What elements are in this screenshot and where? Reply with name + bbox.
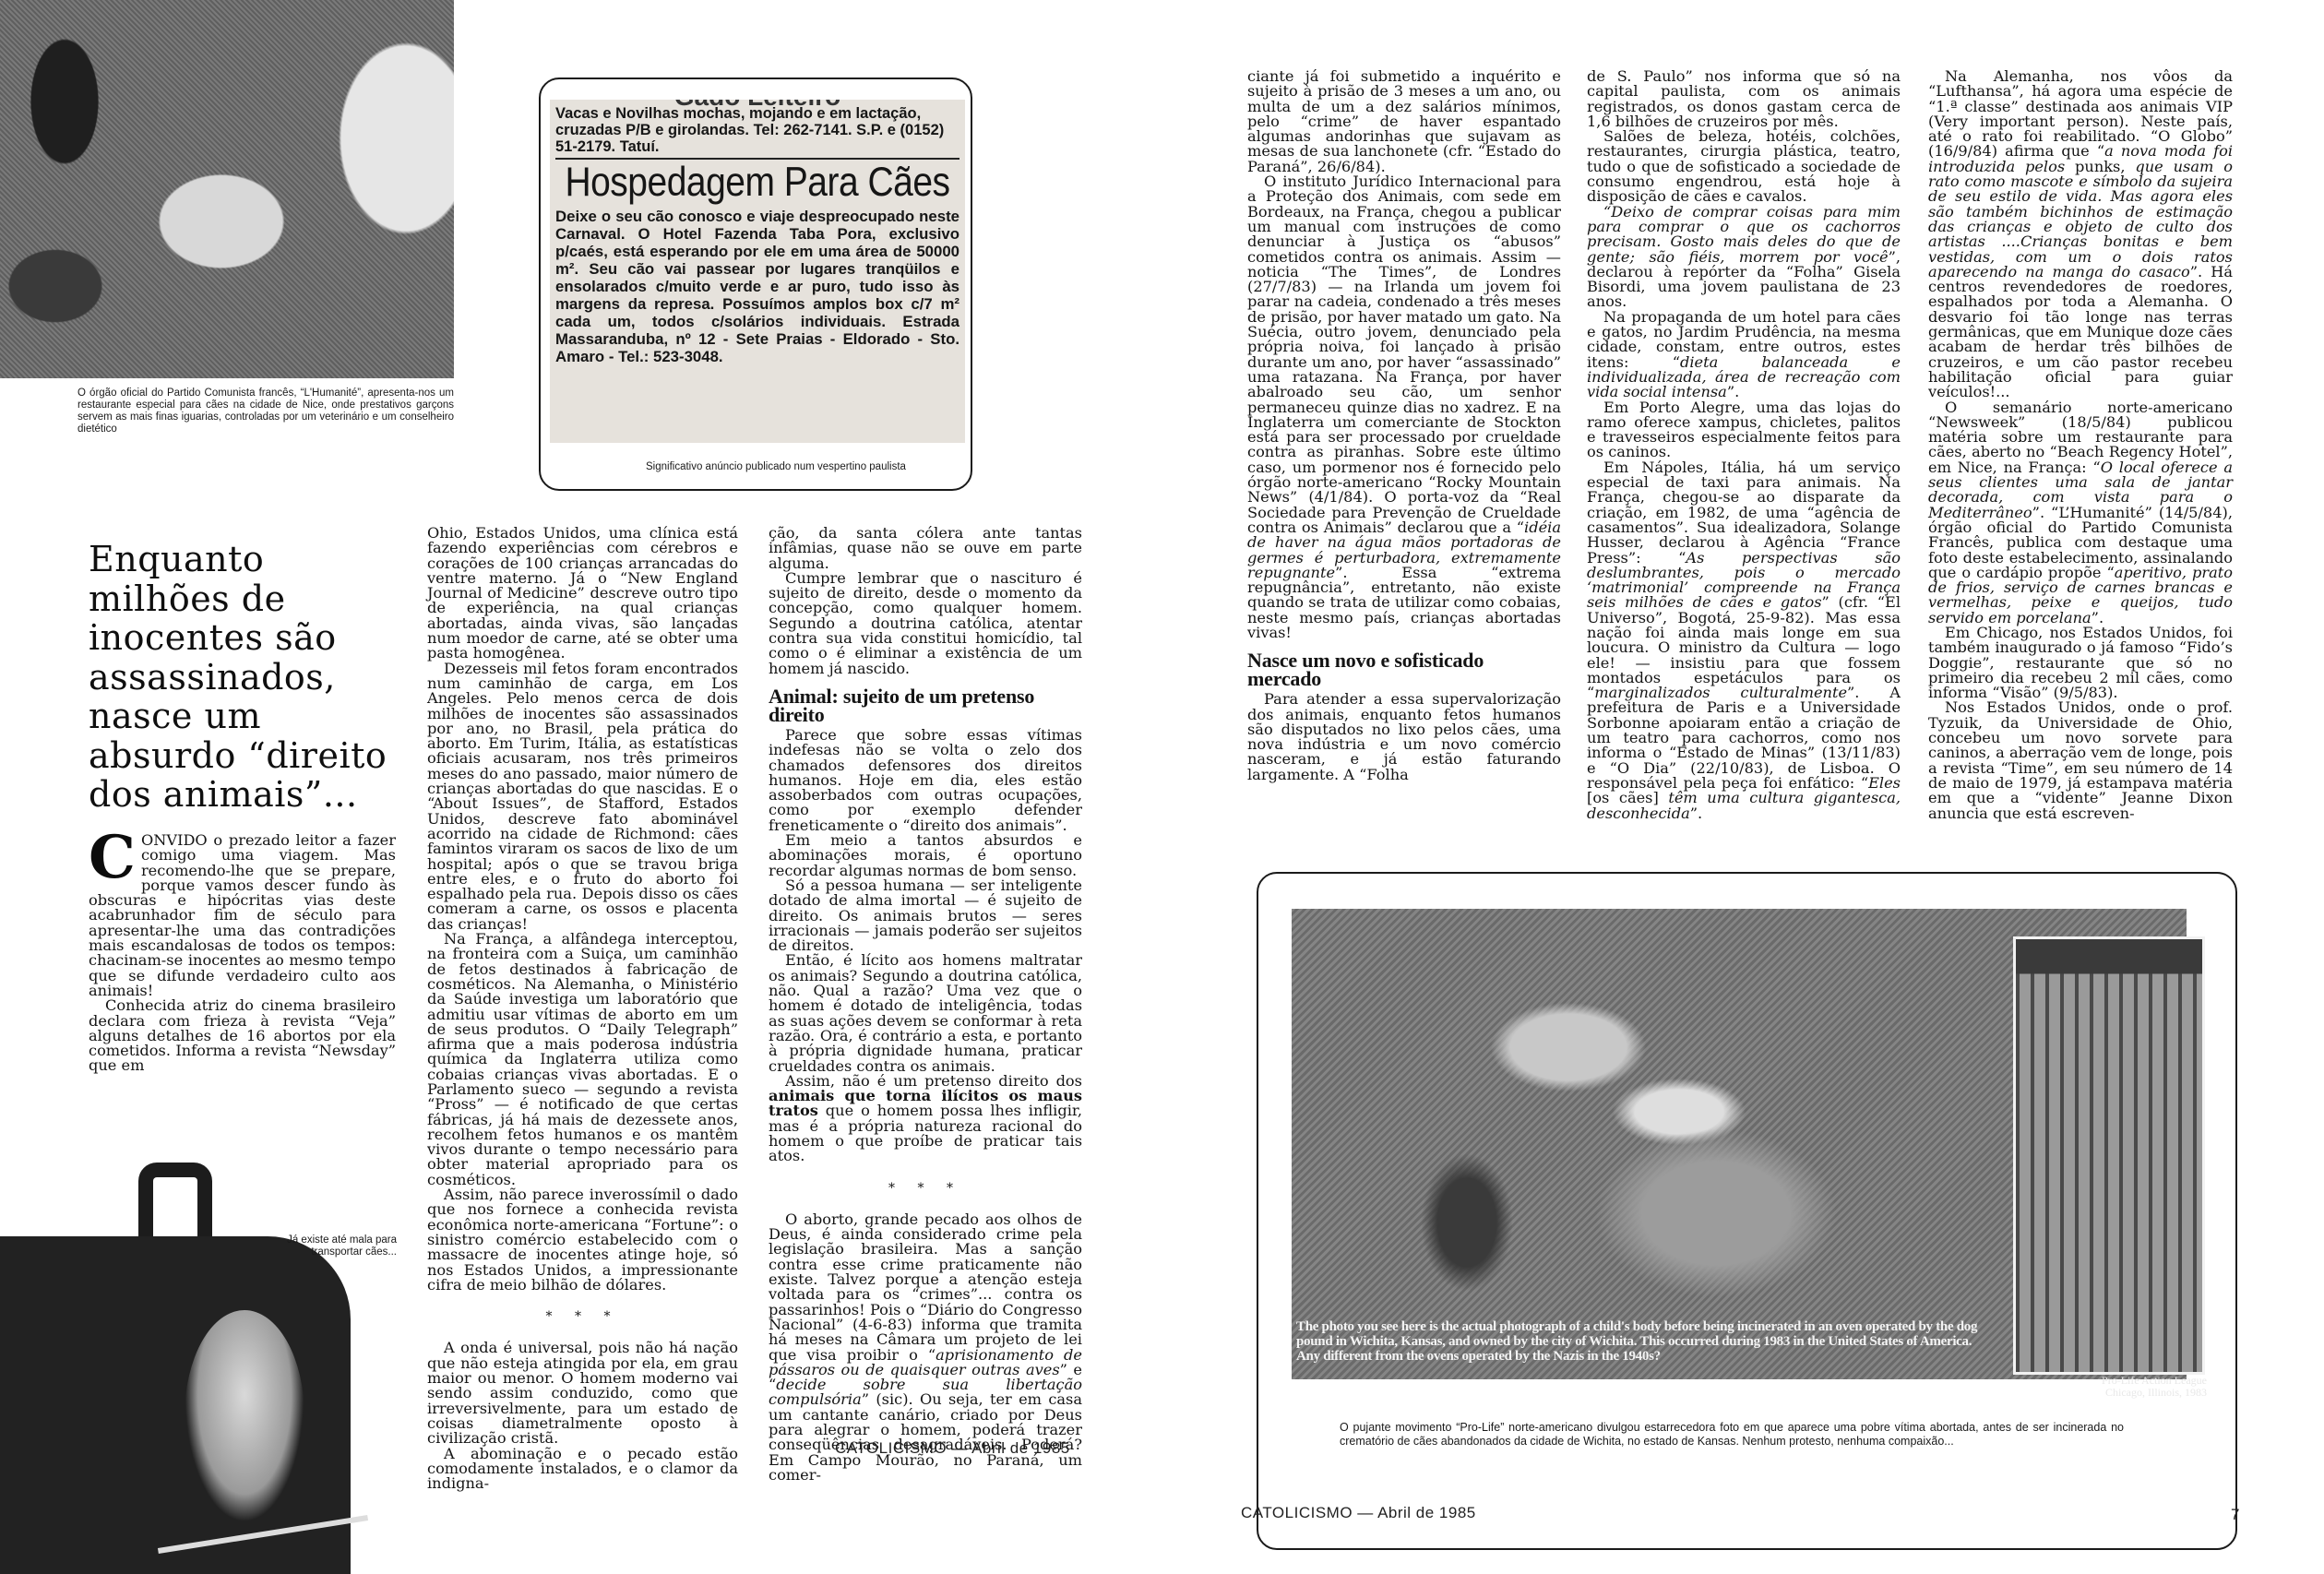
paragraph: Para atender a essa supervalorização dos… <box>1247 692 1561 782</box>
left-column-3: ção, da santa cólera ante tantas infâmia… <box>769 526 1082 1483</box>
paragraph: de S. Paulo” nos informa que só na capit… <box>1587 69 1901 129</box>
intro-paragraph: CONVIDO o prezado leitor a fazer comigo … <box>89 833 396 998</box>
right-column-1: ciante já foi submetido a inquérito e su… <box>1247 69 1561 782</box>
photo-overlay-text: The photo you see here is the actual pho… <box>1296 1319 1988 1364</box>
section-heading: Animal: sujeito de um pretenso direito <box>769 687 1082 724</box>
paragraph: O instituto Jurídico Internacional para … <box>1247 174 1561 640</box>
paragraph: Na França, a alfândega interceptou, na f… <box>427 932 738 1187</box>
paragraph: ção, da santa cólera ante tantas infâmia… <box>769 526 1082 571</box>
paragraph: A onda é universal, pois não há nação qu… <box>427 1341 738 1446</box>
right-column-2: de S. Paulo” nos informa que só na capit… <box>1587 69 1901 821</box>
photo-inset-oven <box>2013 936 2205 1375</box>
paragraph: ciante já foi submetido a inquérito e su… <box>1247 69 1561 174</box>
paragraph: Cumpre lembrar que o nascituro é sujeito… <box>769 571 1082 676</box>
paragraph: Ohio, Estados Unidos, uma clínica está f… <box>427 526 738 662</box>
page-number: 7 <box>2231 1506 2240 1524</box>
paragraph: Nos Estados Unidos, onde o prof. Tyzuik,… <box>1928 700 2233 820</box>
paragraph: Só a pessoa humana — ser inteligente dot… <box>769 878 1082 953</box>
photo-dogs-restaurant <box>0 0 454 378</box>
paragraph: Parece que sobre essas vítimas indefesas… <box>769 728 1082 833</box>
section-heading: Nasce um novo e sofisticado mercado <box>1247 651 1561 688</box>
section-separator: * * * <box>769 1181 1082 1196</box>
paragraph: O semanário norte-americano “Newsweek” (… <box>1928 400 2233 626</box>
paragraph: Então, é lícito aos homens maltratar os … <box>769 953 1082 1073</box>
paragraph: Em Porto Alegre, uma das lojas do ramo o… <box>1587 400 1901 460</box>
drop-cap: C <box>89 835 136 881</box>
photo-credit: Pro-Life Action League Chicago, Illinois… <box>2096 1375 2207 1399</box>
paragraph: Dezesseis mil fetos foram encontrados nu… <box>427 662 738 932</box>
right-page-footer: CATOLICISMO — Abril de 1985 <box>1241 1504 1476 1522</box>
classified-ad-clipping: Gado Leiteiro Vacas e Novilhas mochas, m… <box>550 100 965 443</box>
ad-gado-text: Vacas e Novilhas mochas, mojando e em la… <box>555 105 959 155</box>
left-column-1: CONVIDO o prezado leitor a fazer comigo … <box>89 833 396 1074</box>
carrier-caption: Já existe até mala para transportar cães… <box>263 1234 397 1258</box>
paragraph: Conhecida atriz do cinema brasileiro dec… <box>89 998 396 1073</box>
paragraph: “Deixo de comprar coisas para mim para c… <box>1587 205 1901 310</box>
photo-dog-carrier <box>0 1163 369 1574</box>
right-column-3: Na Alemanha, nos vôos da “Lufthansa”, há… <box>1928 69 2233 821</box>
left-column-2: Ohio, Estados Unidos, uma clínica está f… <box>427 526 738 1491</box>
paragraph: Na Alemanha, nos vôos da “Lufthansa”, há… <box>1928 69 2233 400</box>
ad-caption: Significativo anúncio publicado num vesp… <box>646 461 906 472</box>
paragraph: Salões de beleza, hotéis, colchões, rest… <box>1587 129 1901 204</box>
paragraph: Assim, não é um pretenso direito dos ani… <box>769 1074 1082 1164</box>
paragraph: Assim, não parece inverossímil o dado qu… <box>427 1187 738 1293</box>
photo-caption-restaurant: O órgão oficial do Partido Comunista fra… <box>77 388 454 435</box>
article-headline: Enquanto milhões de inocentes são assass… <box>89 540 402 815</box>
paragraph: Na propaganda de um hotel para cães e ga… <box>1587 310 1901 400</box>
paragraph: Em meio a tantos absurdos e abominações … <box>769 833 1082 878</box>
ad-body: Deixe o seu cão conosco e viaje despreoc… <box>555 208 959 365</box>
photo-caption-wichita: O pujante movimento “Pro-Life” norte-ame… <box>1340 1421 2124 1449</box>
paragraph: Em Chicago, nos Estados Unidos, foi tamb… <box>1928 626 2233 700</box>
paragraph: A abominação e o pecado estão comodament… <box>427 1447 738 1492</box>
ad-headline: Hospedagem Para Cães <box>555 161 959 205</box>
paragraph: Em Nápoles, Itália, há um serviço especi… <box>1587 460 1901 821</box>
dog-icon <box>185 1310 304 1522</box>
left-page-footer: CATOLICISMO — Abril de 1985 <box>835 1439 1070 1458</box>
section-separator: * * * <box>427 1309 738 1324</box>
